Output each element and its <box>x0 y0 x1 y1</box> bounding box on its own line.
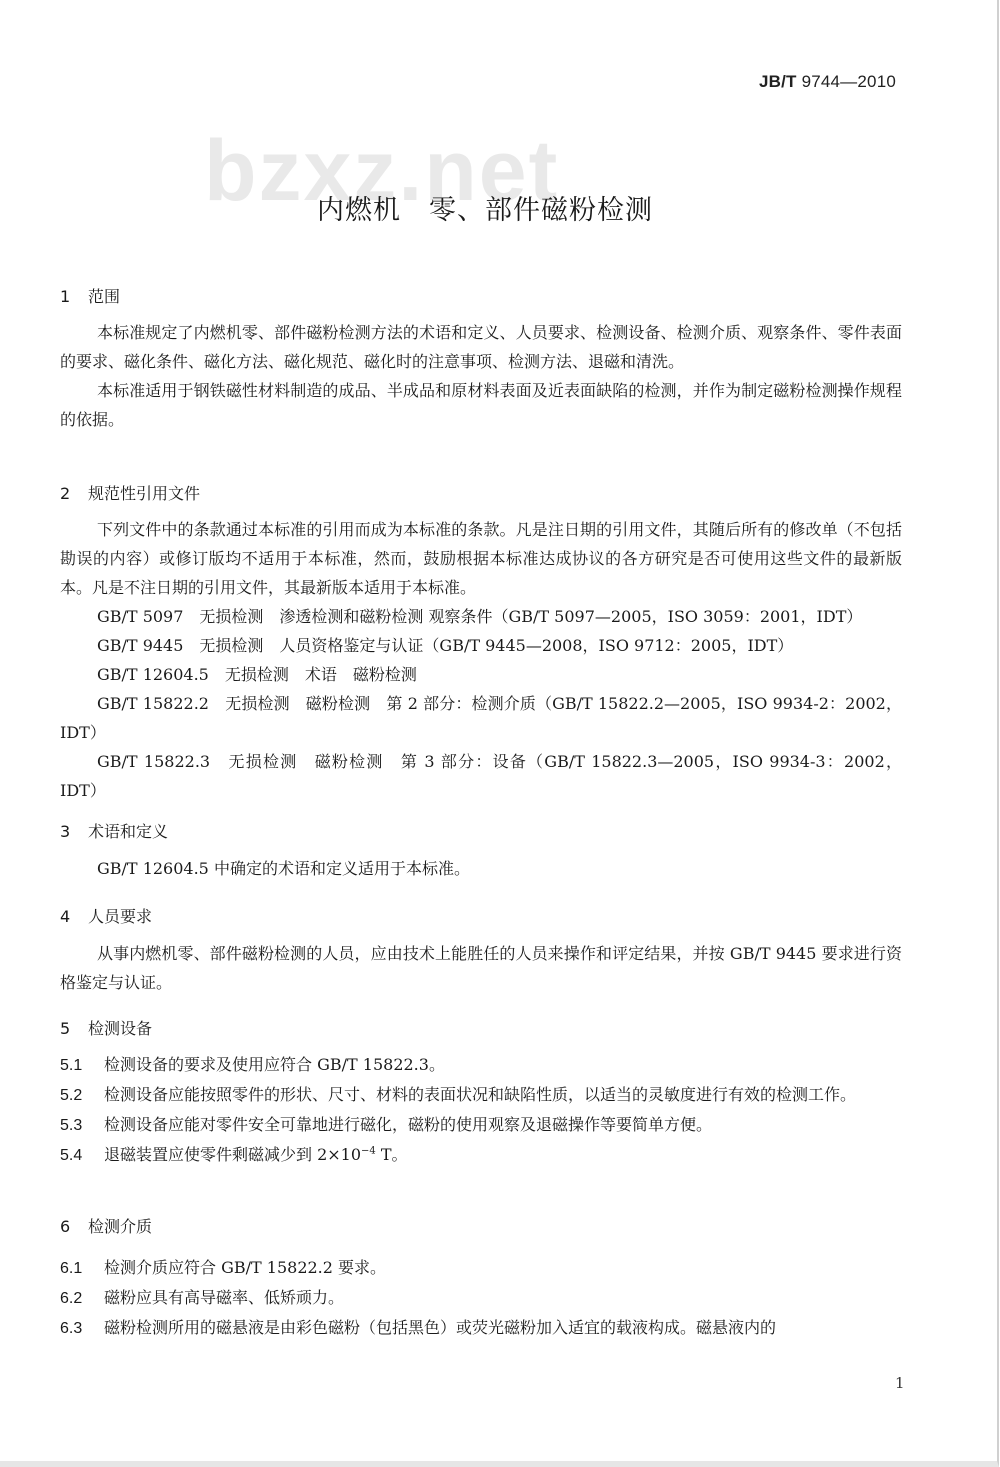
clause-item: 5.1检测设备的要求及使用应符合 GB/T 15822.3。 <box>60 1050 902 1080</box>
paragraph: 本标准适用于钢铁磁性材料制造的成品、半成品和原材料表面及近表面缺陷的检测，并作为… <box>60 376 902 434</box>
section-body-terms-definitions: GB/T 12604.5 中确定的术语和定义适用于本标准。 <box>60 854 902 883</box>
clause-text: 检测设备应能按照零件的形状、尺寸、材料的表面状况和缺陷性质，以适当的灵敏度进行有… <box>104 1085 856 1104</box>
clause-text: 检测设备应能对零件安全可靠地进行磁化，磁粉的使用观察及退磁操作等要简单方便。 <box>104 1115 712 1134</box>
clause-number: 5.3 <box>60 1111 104 1140</box>
clause-number: 6.2 <box>60 1284 104 1313</box>
section-heading-terms-definitions: 3术语和定义 <box>60 819 168 842</box>
section-heading-personnel: 4人员要求 <box>60 904 152 927</box>
paragraph: 下列文件中的条款通过本标准的引用而成为本标准的条款。凡是注日期的引用文件，其随后… <box>60 515 902 602</box>
standard-code: JB/T 9744—2010 <box>759 72 896 92</box>
clause-item: 6.2磁粉应具有高导磁率、低矫顽力。 <box>60 1283 902 1313</box>
section-title: 人员要求 <box>88 907 152 926</box>
clause-number: 5.2 <box>60 1081 104 1110</box>
reference-item: GB/T 5097 无损检测 渗透检测和磁粉检测 观察条件（GB/T 5097—… <box>60 602 902 631</box>
clause-number: 6.3 <box>60 1314 104 1343</box>
clause-text: 磁粉检测所用的磁悬液是由彩色磁粉（包括黑色）或荧光磁粉加入适宜的载液构成。磁悬液… <box>104 1318 776 1337</box>
section-heading-normative-references: 2规范性引用文件 <box>60 481 200 504</box>
section-heading-equipment: 5检测设备 <box>60 1016 152 1039</box>
clause-item: 5.4退磁装置应使零件剩磁减少到 2×10−4 T。 <box>60 1140 902 1170</box>
section-title: 检测设备 <box>88 1019 152 1038</box>
document-title: 内燃机 零、部件磁粉检测 <box>0 188 970 227</box>
section-number: 2 <box>60 484 88 503</box>
section-body-equipment: 5.1检测设备的要求及使用应符合 GB/T 15822.3。 5.2检测设备应能… <box>60 1050 902 1170</box>
clause-item: 5.3检测设备应能对零件安全可靠地进行磁化，磁粉的使用观察及退磁操作等要简单方便… <box>60 1110 902 1140</box>
clause-item: 6.3磁粉检测所用的磁悬液是由彩色磁粉（包括黑色）或荧光磁粉加入适宜的载液构成。… <box>60 1313 902 1343</box>
section-number: 5 <box>60 1019 88 1038</box>
section-heading-scope: 1范围 <box>60 284 120 307</box>
section-heading-testing-media: 6检测介质 <box>60 1214 152 1237</box>
page-number: 1 <box>895 1374 905 1392</box>
clause-text-suffix: T。 <box>376 1145 408 1164</box>
section-number: 6 <box>60 1217 88 1236</box>
section-body-normative-references: 下列文件中的条款通过本标准的引用而成为本标准的条款。凡是注日期的引用文件，其随后… <box>60 515 902 805</box>
reference-item: GB/T 12604.5 无损检测 术语 磁粉检测 <box>60 660 902 689</box>
clause-superscript: −4 <box>361 1146 376 1157</box>
reference-item: GB/T 9445 无损检测 人员资格鉴定与认证（GB/T 9445—2008，… <box>60 631 902 660</box>
clause-text: 退磁装置应使零件剩磁减少到 2×10 <box>104 1145 361 1164</box>
clause-item: 6.1检测介质应符合 GB/T 15822.2 要求。 <box>60 1253 902 1283</box>
clause-number: 6.1 <box>60 1254 104 1283</box>
section-title: 范围 <box>88 287 120 306</box>
section-body-scope: 本标准规定了内燃机零、部件磁粉检测方法的术语和定义、人员要求、检测设备、检测介质… <box>60 318 902 434</box>
clause-text: 磁粉应具有高导磁率、低矫顽力。 <box>104 1288 344 1307</box>
section-title: 术语和定义 <box>88 822 168 841</box>
section-number: 3 <box>60 822 88 841</box>
clause-text: 检测介质应符合 GB/T 15822.2 要求。 <box>104 1258 386 1277</box>
clause-text: 检测设备的要求及使用应符合 GB/T 15822.3。 <box>104 1055 445 1074</box>
document-page: JB/T 9744—2010 bzxz.net 内燃机 零、部件磁粉检测 1范围… <box>0 0 999 1467</box>
paragraph: 本标准规定了内燃机零、部件磁粉检测方法的术语和定义、人员要求、检测设备、检测介质… <box>60 318 902 376</box>
section-title: 检测介质 <box>88 1217 152 1236</box>
clause-item: 5.2检测设备应能按照零件的形状、尺寸、材料的表面状况和缺陷性质，以适当的灵敏度… <box>60 1080 902 1110</box>
clause-number: 5.4 <box>60 1141 104 1170</box>
reference-item: GB/T 15822.2 无损检测 磁粉检测 第 2 部分：检测介质（GB/T … <box>60 689 902 747</box>
section-number: 4 <box>60 907 88 926</box>
paragraph: GB/T 12604.5 中确定的术语和定义适用于本标准。 <box>60 854 902 883</box>
standard-code-number: 9744—2010 <box>802 72 896 91</box>
section-body-testing-media: 6.1检测介质应符合 GB/T 15822.2 要求。 6.2磁粉应具有高导磁率… <box>60 1253 902 1343</box>
paragraph: 从事内燃机零、部件磁粉检测的人员，应由技术上能胜任的人员来操作和评定结果，并按 … <box>60 939 902 997</box>
standard-code-prefix: JB/T <box>759 72 797 91</box>
reference-item: GB/T 15822.3 无损检测 磁粉检测 第 3 部分：设备（GB/T 15… <box>60 747 902 805</box>
section-body-personnel: 从事内燃机零、部件磁粉检测的人员，应由技术上能胜任的人员来操作和评定结果，并按 … <box>60 939 902 997</box>
section-number: 1 <box>60 287 88 306</box>
section-title: 规范性引用文件 <box>88 484 200 503</box>
clause-number: 5.1 <box>60 1051 104 1080</box>
